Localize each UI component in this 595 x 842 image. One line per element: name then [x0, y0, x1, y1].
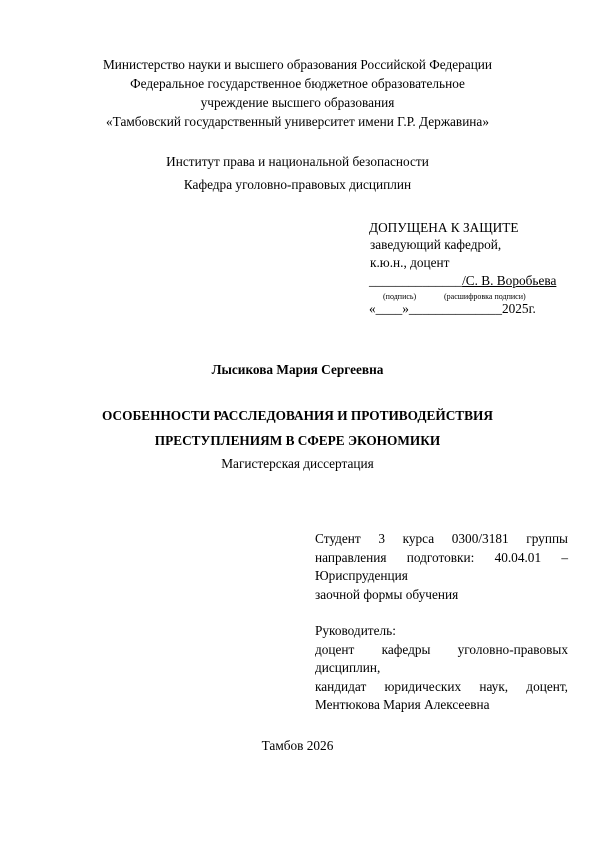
institute-name: Институт права и национальной безопаснос… — [0, 154, 595, 170]
supervisor-line-degree: кандидат юридических наук, доцент, — [315, 678, 568, 697]
approval-date-line: «____»______________2025г. — [369, 301, 536, 317]
signature-caption: (подпись) — [383, 292, 416, 301]
thesis-type: Магистерская диссертация — [0, 456, 595, 472]
header-line-institution: учреждение высшего образования — [0, 93, 595, 112]
author-name: Лысикова Мария Сергеевна — [0, 362, 595, 378]
signatory-name: /С. В. Воробьева — [462, 273, 556, 288]
header-line-ministry: Министерство науки и высшего образования… — [0, 55, 595, 74]
signature-blank: ______________ — [369, 273, 462, 288]
approval-block: ДОПУЩЕНА К ЗАЩИТЕ заведующий кафедрой, к… — [369, 220, 579, 320]
city-year: Тамбов 2026 — [0, 738, 595, 754]
supervisor-label: Руководитель: — [315, 622, 568, 641]
ministry-header: Министерство науки и высшего образования… — [0, 55, 595, 131]
student-line-form: заочной формы обучения — [315, 586, 568, 605]
decode-caption: (расшифровка подписи) — [444, 292, 526, 301]
supervisor-name: Ментюкова Мария Алексеевна — [315, 696, 568, 715]
student-line-specialty: Юриспруденция — [315, 567, 568, 586]
thesis-title-line2: ПРЕСТУПЛЕНИЯМ В СФЕРЕ ЭКОНОМИКИ — [0, 433, 595, 449]
approval-title: ДОПУЩЕНА К ЗАЩИТЕ — [369, 220, 518, 236]
supervisor-line-dept: дисциплин, — [315, 659, 568, 678]
student-line-direction: направления подготовки: 40.04.01 – — [315, 549, 568, 568]
supervisor-line-position: доцент кафедры уголовно-правовых — [315, 641, 568, 660]
header-line-university: «Тамбовский государственный университет … — [0, 112, 595, 131]
thesis-title-line1: ОСОБЕННОСТИ РАССЛЕДОВАНИЯ И ПРОТИВОДЕЙСТ… — [0, 408, 595, 424]
student-info: Студент 3 курса 0300/3181 группы направл… — [315, 530, 568, 715]
department-name: Кафедра уголовно-правовых дисциплин — [0, 177, 595, 193]
student-line-course: Студент 3 курса 0300/3181 группы — [315, 530, 568, 549]
approval-degree: к.ю.н., доцент — [370, 255, 450, 271]
header-line-federal: Федеральное государственное бюджетное об… — [0, 74, 595, 93]
approval-position: заведующий кафедрой, — [370, 237, 501, 253]
approval-signature-line: ______________/С. В. Воробьева — [369, 273, 556, 289]
